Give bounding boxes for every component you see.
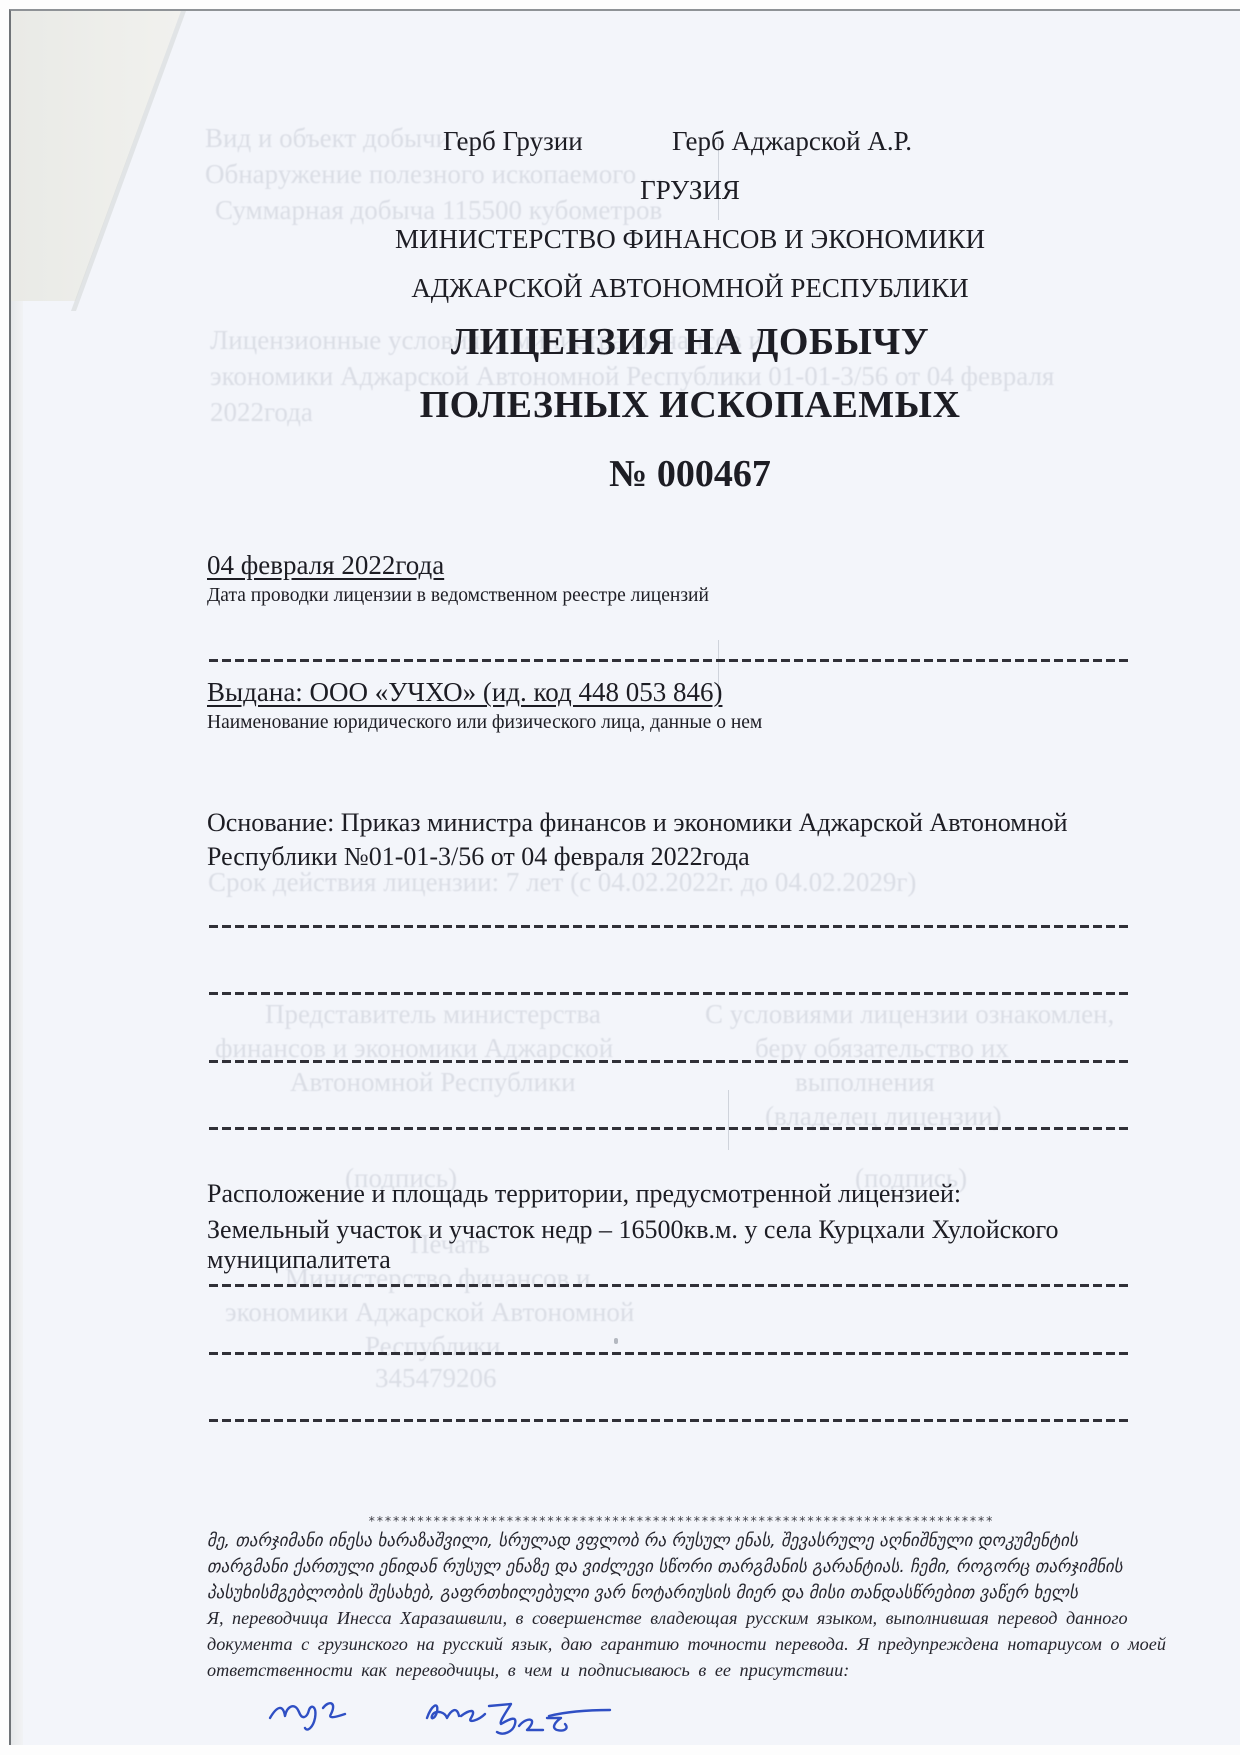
location-line3: муниципалитета <box>207 1243 391 1277</box>
basis-line1: Основание: Приказ министра финансов и эк… <box>207 806 1068 840</box>
ministry-name-line2: АДЖАРСКОЙ АВТОНОМНОЙ РЕСПУБЛИКИ <box>411 273 968 304</box>
issued-to-value: Выдана: ООО «УЧХО» (ид. код 448 053 846) <box>207 677 722 708</box>
dashed-separator <box>209 1419 1131 1422</box>
document-title-line2: ПОЛЕЗНЫХ ИСКОПАЕМЫХ <box>420 383 961 427</box>
dashed-separator <box>209 659 1131 662</box>
license-number: № 000467 <box>609 452 771 496</box>
ghost-line: Вид и объект добычи ... <box>205 120 477 156</box>
basis-line2: Республики №01-01-3/56 от 04 февраля 202… <box>207 840 750 874</box>
translator-signature <box>265 1688 625 1748</box>
coat-of-arms-adjara-label: Герб Аджарской А.Р. <box>672 126 912 157</box>
ghost-line: Автономной Республики <box>290 1064 576 1100</box>
russian-statement-line3: ответственности как переводчицы, в чем и… <box>207 1660 849 1681</box>
russian-statement-line1: Я, переводчица Инесса Харазашвили, в сов… <box>207 1608 1128 1629</box>
dashed-separator <box>209 1284 1131 1287</box>
ghost-line: Представитель министерства <box>265 996 601 1032</box>
registration-date-value: 04 февраля 2022года <box>207 550 444 581</box>
russian-statement-line2: документа с грузинского на русский язык,… <box>207 1634 1166 1655</box>
dashed-separator <box>209 925 1131 928</box>
dashed-separator <box>209 1352 1131 1355</box>
georgian-statement-line2: თარგმანი ქართული ენიდან რუსულ ენაზე და ვ… <box>207 1557 1123 1577</box>
ghost-line: выполнения <box>795 1064 935 1100</box>
ghost-line: С условиями лицензии ознакомлен, <box>705 996 1114 1032</box>
ghost-line: экономики Аджарской Автономной <box>225 1294 634 1330</box>
dashed-separator <box>209 1127 1131 1130</box>
georgian-statement-line3: პასუხისმგებლობის შესახებ, გაფრთხილებული … <box>207 1583 1078 1603</box>
ghost-line: Республики <box>365 1328 500 1364</box>
ghost-line: Суммарная добыча 115500 кубометров <box>215 192 662 228</box>
fold-mark <box>728 1090 729 1150</box>
ministry-name-line1: МИНИСТЕРСТВО ФИНАНСОВ И ЭКОНОМИКИ <box>395 224 985 255</box>
georgian-statement-line1: მე, თარჯიმანი ინესა ხარაზაშვილი, სრულად … <box>207 1531 1078 1551</box>
country-name: ГРУЗИЯ <box>640 175 740 206</box>
asterisk-separator: ****************************************… <box>368 1513 994 1528</box>
ghost-line: 2022года <box>210 394 313 430</box>
coat-of-arms-georgia-label: Герб Грузии <box>443 126 583 157</box>
location-line1: Расположение и площадь территории, преду… <box>207 1177 961 1211</box>
ghost-line: Обнаружение полезного ископаемого ... <box>205 156 663 192</box>
ghost-line: 345479206 <box>375 1360 497 1396</box>
scan-speck <box>614 1338 618 1344</box>
dashed-separator <box>209 992 1131 995</box>
registration-date-caption: Дата проводки лицензии в ведомственном р… <box>207 585 709 607</box>
document-title-line1: ЛИЦЕНЗИЯ НА ДОБЫЧУ <box>451 320 929 364</box>
issued-to-caption: Наименование юридического или физическог… <box>207 712 762 734</box>
location-line2: Земельный участок и участок недр – 16500… <box>207 1213 1059 1247</box>
dashed-separator <box>209 1060 1131 1063</box>
